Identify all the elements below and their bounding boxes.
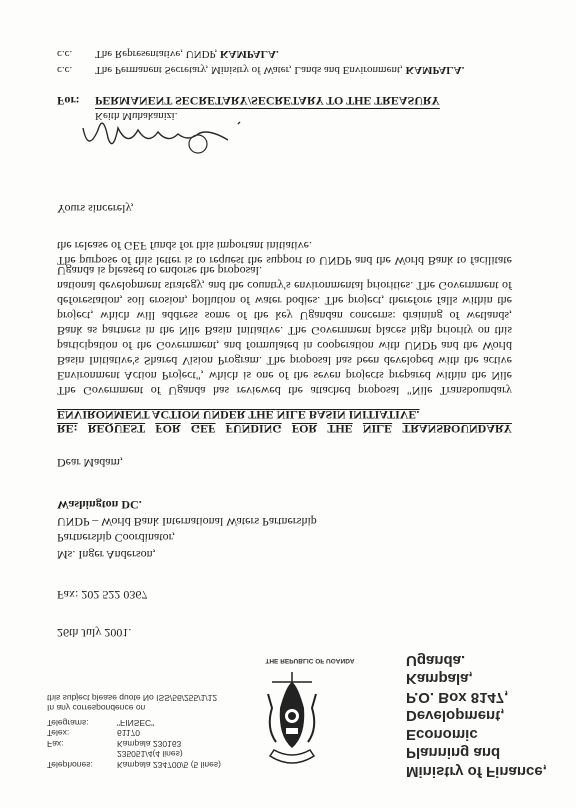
signatory-name: Keith Muhakanizi.	[95, 110, 177, 122]
contact-details: Telephones:Kampala 234700/5 (5 lines) 23…	[47, 693, 221, 771]
ministry-line: Development,	[406, 706, 576, 725]
republic-heading: THE REPUBLIC OF UGANDA	[250, 657, 370, 664]
contact-row: Telegrams:"FINSEC"	[47, 718, 221, 729]
subject-line: RE: REQUEST FOR GEF FUNDING FOR THE NILE…	[57, 408, 512, 436]
address-line: UNDP – World Bank International Waters P…	[57, 514, 317, 531]
ministry-line: Planning and Economic	[406, 725, 576, 762]
ministry-line: P.O. Box 8147,	[406, 688, 576, 707]
ministry-line: Kampala,	[406, 669, 576, 688]
recipient-address: Ms. Inger Anderson, Partnership Coordina…	[57, 497, 317, 563]
address-line: Ms. Inger Anderson,	[57, 547, 317, 564]
subject-line-2: ENVIRONMENT ACTION UNDER THE NILE BASIN …	[57, 408, 512, 422]
address-city: Washington DC.	[57, 497, 317, 514]
salutation: Dear Madam,	[57, 455, 123, 470]
reference-line: this subject please quote No ISS/56/255/…	[47, 693, 221, 704]
contact-row: Fax:Kampala 230163	[47, 739, 221, 750]
contact-row: Telephones:Kampala 234700/5 (5 lines)	[47, 760, 221, 771]
ministry-line: Ministry of Finance,	[406, 762, 576, 781]
recipient-fax: Fax: 202 522 0367	[57, 587, 147, 602]
closing: Yours sincerely,	[57, 201, 134, 216]
body-paragraph: The Government of Uganda has reviewed th…	[57, 263, 512, 398]
cc-line: c.c. The Representative, UNDP, KAMPALA.	[57, 48, 279, 60]
subject-line-1: RE: REQUEST FOR GEF FUNDING FOR THE NILE…	[57, 422, 512, 436]
signatory-title: For: PERMANENT SECRETARY/SECRETARY TO TH…	[57, 93, 440, 108]
letter-date: 26th July 2001.	[57, 625, 131, 640]
contact-row: 235051/4(4 lines)	[47, 749, 221, 760]
letter-page: Ministry of Finance, Planning and Econom…	[0, 0, 576, 808]
contact-row: Telex:61170	[47, 728, 221, 739]
reference-line: In any correspondence on	[47, 703, 221, 714]
address-line: Partnership Coordinator,	[57, 530, 317, 547]
ministry-line: Uganda.	[406, 651, 576, 670]
ministry-address: Ministry of Finance, Planning and Econom…	[406, 651, 576, 781]
cc-line: c.c. The Permanent Secretary, Ministry o…	[57, 64, 464, 76]
uganda-coat-of-arms-icon	[262, 670, 322, 778]
body-paragraph: The purpose of this letter is to request…	[57, 238, 512, 268]
